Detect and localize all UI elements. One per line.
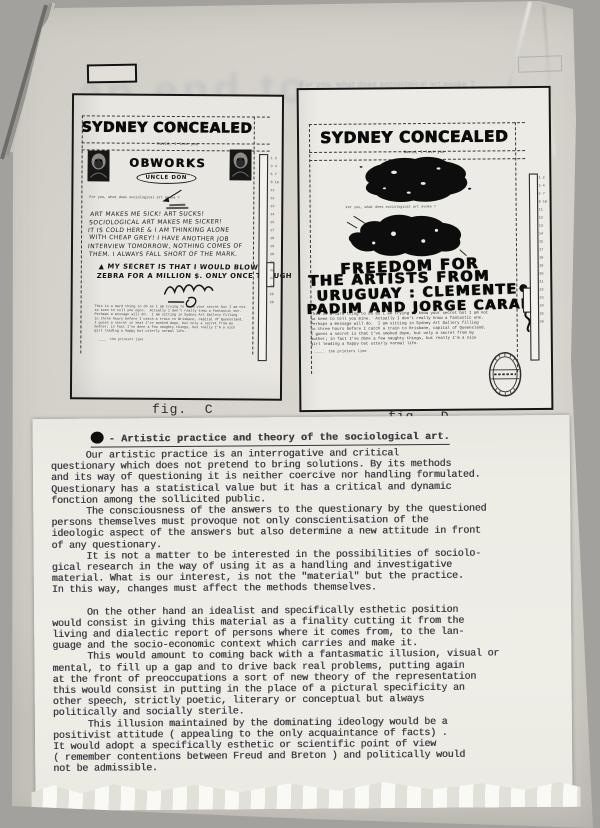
handwriting-line: WITH CHEAP GREY! I HAVE ANOTHER JOB — [89, 234, 229, 243]
secret-line: ▲ MY SECRET IS THAT I WOULD BLOW A — [98, 262, 267, 271]
printers-line: ____ the printers line — [315, 350, 367, 354]
dash-mark — [82, 115, 270, 117]
handwriting-line: THEM. I ALWAYS FALL SHORT OF THE MARK. — [89, 251, 238, 258]
paper-sheet: an end to an end to For you, what does s… — [0, 0, 600, 828]
scanned-archive-page: an end to an end to For you, what does s… — [0, 0, 600, 828]
essay-heading-text: - Artistic practice and theory of the so… — [109, 432, 450, 446]
essay-paragraph: This illusion maintained by the dominati… — [53, 716, 560, 776]
handwriting-line: ART MAKES ME SICK! ART SUCKS! — [90, 211, 205, 218]
typed-essay-sheet: - Artistic practice and theory of the so… — [33, 415, 573, 795]
poster-dedication: David, I love you — [128, 142, 228, 147]
essay-paragraph: It is not a matter to be interested in t… — [52, 548, 559, 597]
uncle-don-bubble: UNCLE DON — [136, 172, 196, 184]
essay-text: - Artistic practice and theory of the so… — [51, 425, 561, 776]
poster-title: SYDNEY CONCEALED — [309, 127, 519, 147]
fine-print: This is a hard thing to do as I am tryin… — [94, 304, 245, 334]
stain — [573, 18, 591, 44]
handwriting-line: INTERVIEW TOMORROW, NOTHING COMES OF — [88, 243, 243, 251]
smudge-mark — [166, 207, 188, 209]
postal-stamp — [487, 350, 523, 398]
essay-heading: - Artistic practice and theory of the so… — [91, 429, 450, 448]
handwriting-line: IT IS COLD HERE & I AM THINKING ALONE — [88, 227, 230, 234]
bullet-dot-icon — [91, 432, 104, 444]
fine-print: This is a hard thing to do as I am tryin… — [311, 310, 489, 347]
figure-c-frame: SYDNEY CONCEALED David, I love you OBWOR… — [70, 93, 284, 400]
show-through-box — [518, 55, 563, 73]
printers-line: ____ the printers line — [98, 337, 143, 341]
figure-c-caption: fig. C — [152, 402, 214, 417]
ink-blob-graphic — [355, 155, 475, 206]
ruler-numbers: 1 2 3 4 5 7 8 10 11 12 13 14 15 17 18 19… — [538, 174, 548, 326]
dash-mark — [309, 122, 525, 125]
poster-title: SYDNEY CONCEALED — [80, 119, 254, 136]
dash-mark — [80, 115, 83, 353]
figure-d-frame: SYDNEY CONCEALED David, I love you For y… — [297, 86, 554, 412]
smudge-mark — [169, 204, 185, 206]
poster-prompt: For you, what does sociological art evok… — [346, 204, 596, 210]
registration-box — [87, 64, 137, 84]
essay-paragraph: On the other hand an idealist and specif… — [52, 604, 559, 653]
handwriting-line: SOCIOLOGICAL ART MAKES ME SICKER! — [89, 218, 223, 226]
essay-paragraph: Our artistic practice is an interrogativ… — [51, 447, 558, 507]
sheet-fold-crease — [31, 775, 580, 811]
ink-blob-graphic — [344, 211, 468, 260]
dash-mark — [252, 117, 255, 355]
essay-paragraph: This would amount to coming back with a … — [52, 648, 560, 719]
obworks-wordmark: OBWORKS — [82, 155, 254, 170]
essay-paragraph: The consciousness of the answers to the … — [51, 503, 558, 552]
ruler-numbers: 1 2 3 4 5 7 8 10 11 12 13 14 15 17 18 19… — [270, 155, 280, 307]
